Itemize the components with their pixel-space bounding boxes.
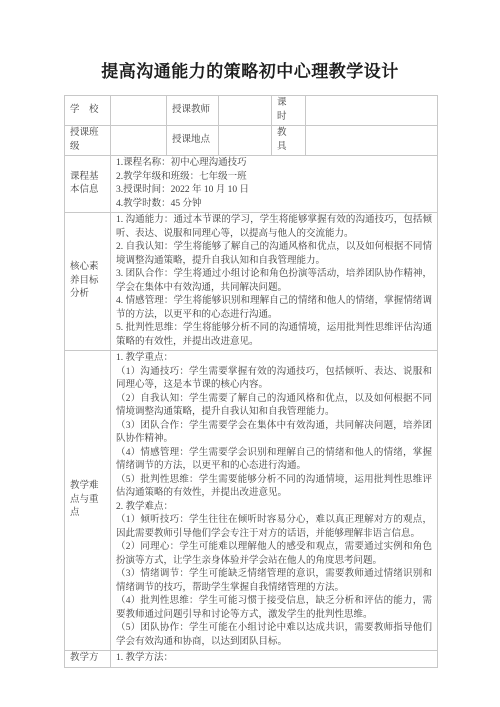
header-row-1: 学 校 授课教师 课 时: [65, 96, 438, 126]
header-row-2: 授课班级 授课地点 教 具: [65, 126, 438, 156]
section-row-core-goals: 核心素养目标分析 1. 沟通能力：通过本节课的学习，学生将能够掌握有效的沟通技巧…: [65, 213, 438, 351]
class-value-cell: [111, 126, 167, 156]
lesson-plan-table: 学 校 授课教师 课 时 授课班级 授课地点 教 具 课程基本信息 1.课程名称…: [64, 95, 438, 668]
teacher-value-cell: [219, 96, 272, 126]
period-value-cell: [306, 96, 438, 126]
section-content-core-goals: 1. 沟通能力：通过本节课的学习，学生将能够掌握有效的沟通技巧，包括倾听、表达、…: [111, 213, 438, 351]
aids-label: 教 具: [272, 126, 306, 156]
section-label-methods: 教学方: [65, 651, 111, 668]
location-value-cell: [219, 126, 272, 156]
page-title: 提高沟通能力的策略初中心理教学设计: [0, 0, 500, 82]
section-row-basic-info: 课程基本信息 1.课程名称：初中心理沟通技巧 2.教学年级和班级：七年级一班 3…: [65, 156, 438, 213]
location-label: 授课地点: [167, 126, 219, 156]
section-row-key-points: 教学难点与重点 1. 教学重点： （1）沟通技巧：学生需要掌握有效的沟通技巧，包…: [65, 351, 438, 651]
section-content-key-points: 1. 教学重点： （1）沟通技巧：学生需要掌握有效的沟通技巧，包括倾听、表达、说…: [111, 351, 438, 651]
section-label-basic-info: 课程基本信息: [65, 156, 111, 213]
document-page: 提高沟通能力的策略初中心理教学设计 学 校 授课教师 课 时 授课班级 授课地点…: [0, 0, 500, 707]
school-value-cell: [111, 96, 167, 126]
section-label-core-goals: 核心素养目标分析: [65, 213, 111, 351]
section-content-methods: 1. 教学方法：: [111, 651, 438, 668]
class-label: 授课班级: [65, 126, 111, 156]
section-content-basic-info: 1.课程名称：初中心理沟通技巧 2.教学年级和班级：七年级一班 3.授课时间：2…: [111, 156, 438, 213]
period-label: 课 时: [272, 96, 306, 126]
school-label: 学 校: [65, 96, 111, 126]
section-label-key-points: 教学难点与重点: [65, 351, 111, 651]
section-row-methods: 教学方 1. 教学方法：: [65, 651, 438, 668]
aids-value-cell: [306, 126, 438, 156]
teacher-label: 授课教师: [167, 96, 219, 126]
